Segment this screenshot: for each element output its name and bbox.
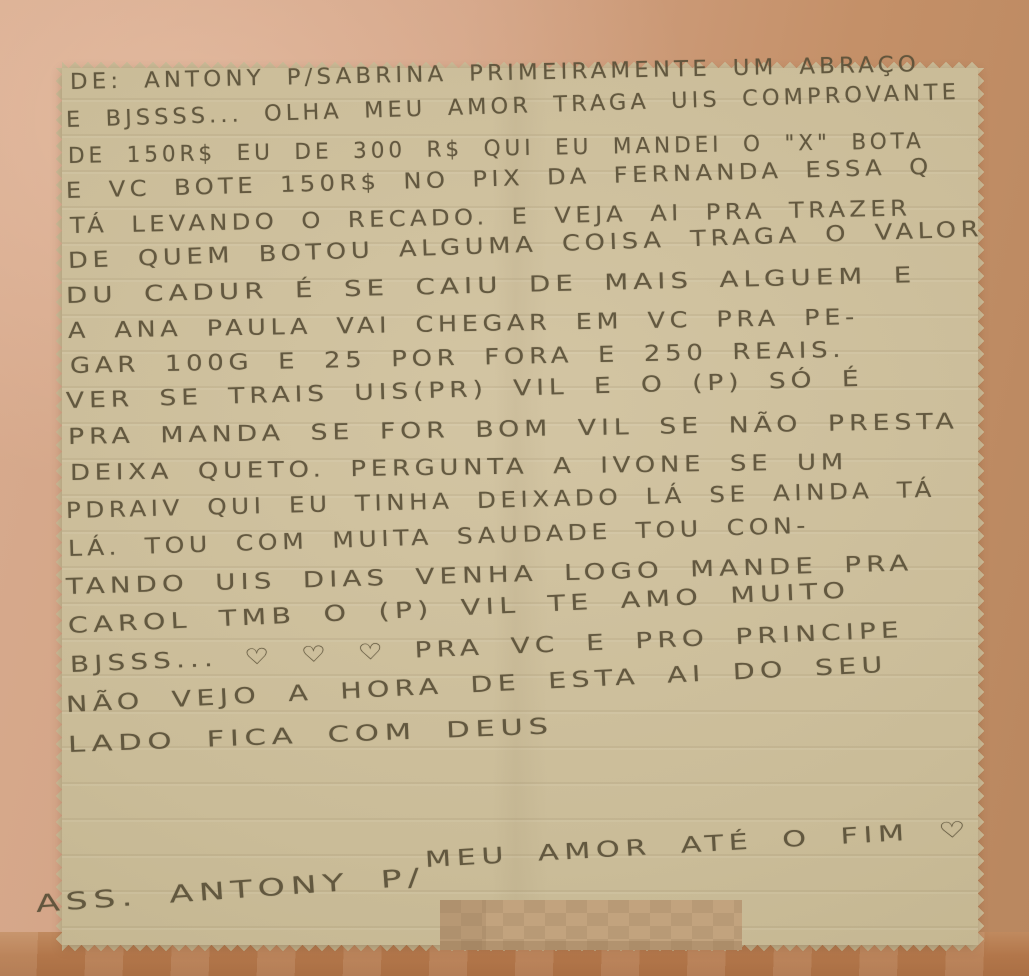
redacted-name-blur (440, 900, 742, 950)
letter-line: DEIXA QUETO. PERGUNTA A IVONE SE UM (70, 450, 848, 486)
letter-line: LADO FICA COM DEUS (68, 714, 555, 758)
napkin-letter: DE: ANTONY P/SABRINA PRIMEIRAMENTE UM AB… (52, 58, 988, 955)
letter-line: A ANA PAULA VAI CHEGAR EM VC PRA PE- (68, 305, 859, 344)
letter-line: PRA MANDA SE FOR BOM VIL SE NÃO PRESTA (68, 409, 959, 450)
letter-line: DU CADUR É SE CAIU DE MAIS ALGUEM E (66, 263, 917, 309)
letter-body: DE: ANTONY P/SABRINA PRIMEIRAMENTE UM AB… (52, 58, 988, 955)
photo-of-handwritten-letter: DE: ANTONY P/SABRINA PRIMEIRAMENTE UM AB… (0, 0, 1029, 976)
